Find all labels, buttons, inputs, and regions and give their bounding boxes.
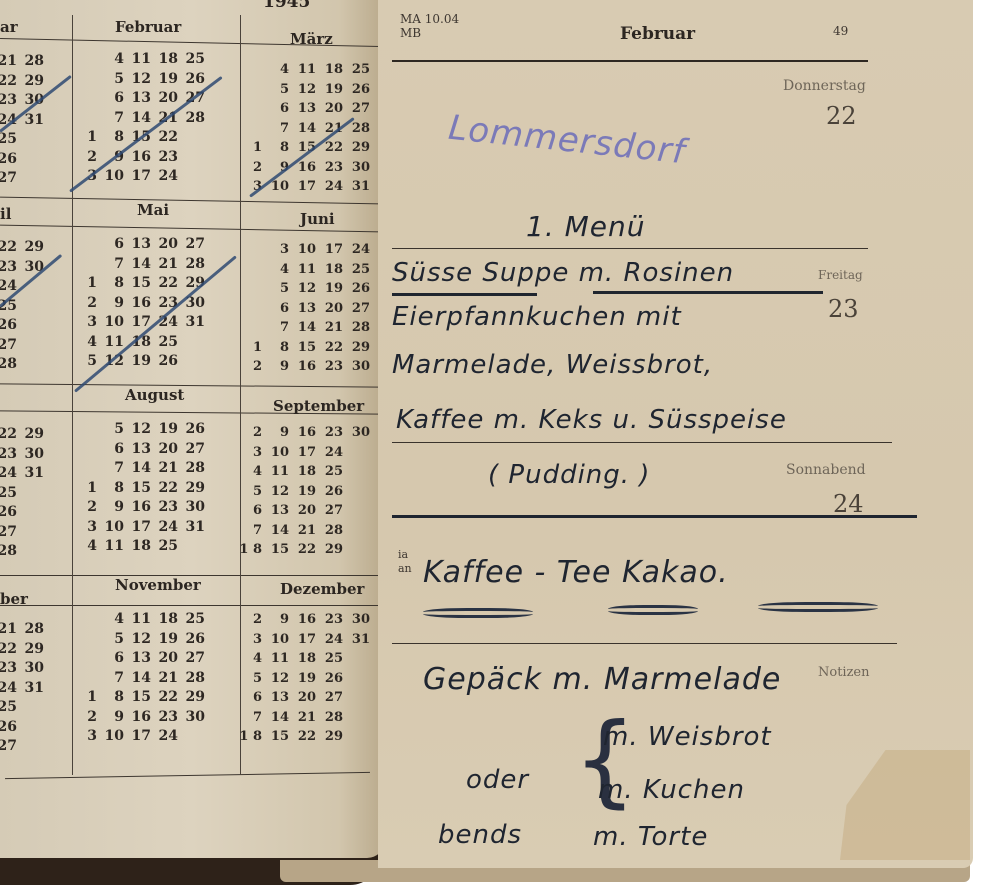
- calendar-day: 30: [178, 498, 205, 518]
- calendar-day: 22: [151, 274, 178, 294]
- calendar-day: 6: [262, 99, 289, 119]
- day-number-22: 22: [826, 102, 857, 130]
- calendar-day: [178, 148, 205, 168]
- calendar-day: 23: [151, 498, 178, 518]
- calendar-day: 18: [316, 260, 343, 280]
- calendar-day: 16: [289, 610, 316, 630]
- calendar-day: 7: [262, 318, 289, 338]
- calendar-week-row: 18152229: [70, 479, 205, 499]
- calendar-day: 13: [124, 649, 151, 669]
- calendar-day: 19: [289, 482, 316, 502]
- underline: [593, 291, 823, 294]
- calendar-week-row: 29162330: [235, 610, 370, 630]
- calendar-day: 10: [97, 313, 124, 333]
- calendar-day: 4: [262, 260, 289, 280]
- calendar-day: 16: [124, 708, 151, 728]
- calendar-day: 14: [124, 459, 151, 479]
- calendar-day: [17, 718, 44, 738]
- calendar-day: 3: [70, 727, 97, 747]
- calendar-day: 13: [289, 299, 316, 319]
- calendar-day: 26: [178, 630, 205, 650]
- calendar-day: 28: [17, 52, 44, 72]
- calendar-week-row: 6132027: [235, 99, 370, 119]
- calendar-day: 5: [97, 630, 124, 650]
- calendar-day: [178, 167, 205, 187]
- calendar-day: 29: [17, 72, 44, 92]
- calendar-day: [17, 523, 44, 543]
- calendar-day: [70, 630, 97, 650]
- calendar-day: 31: [178, 313, 205, 333]
- calendar-day: 2: [235, 423, 262, 443]
- calendar-day: 7: [262, 119, 289, 139]
- calendar-day: 29: [316, 727, 343, 747]
- calendar-week-row: 4111825: [235, 60, 370, 80]
- calendar-day: 13: [124, 89, 151, 109]
- calendar-day: 1: [70, 128, 97, 148]
- calendar-day: 16: [289, 357, 316, 377]
- calendar-day: 28: [178, 109, 205, 129]
- calendar-day: 17: [124, 167, 151, 187]
- calendar-week-row: 5121926: [235, 669, 370, 689]
- calendar-day: 25: [343, 260, 370, 280]
- calendar-day: 24: [0, 464, 17, 484]
- calendar-day: 12: [289, 279, 316, 299]
- calendar-day: [17, 503, 44, 523]
- calendar-day: 24: [151, 518, 178, 538]
- calendar-day: 30: [17, 659, 44, 679]
- calendar-week-row: 7142128: [70, 669, 205, 689]
- calendar-day: [343, 482, 370, 502]
- calendar-day: [343, 727, 370, 747]
- calendar-day: 9: [262, 357, 289, 377]
- header-rule: [392, 60, 868, 62]
- calendar-day: 6: [97, 649, 124, 669]
- calendar-day: 19: [151, 70, 178, 90]
- calendar-day: [343, 708, 370, 728]
- calendar-day: [70, 70, 97, 90]
- calendar-week-row: 27: [0, 336, 44, 356]
- calendar-day: 16: [289, 423, 316, 443]
- calendar-day: 21: [289, 521, 316, 541]
- calendar-day: 1: [235, 338, 262, 358]
- calendar-day: [70, 610, 97, 630]
- partial-month-label: il: [0, 205, 11, 223]
- calendar-day: 4: [70, 537, 97, 557]
- calendar-day: 2: [235, 357, 262, 377]
- calendar-day: 15: [262, 727, 289, 747]
- calendar-day: [343, 540, 370, 560]
- calendar-week-row: 27: [0, 169, 44, 189]
- calendar-day: 31: [343, 630, 370, 650]
- calendar-day: 20: [316, 299, 343, 319]
- calendar-day: 5: [235, 482, 262, 502]
- calendar-day: [70, 109, 97, 129]
- calendar-week-row: 4111825: [235, 260, 370, 280]
- calendar-day: [235, 99, 262, 119]
- calendar-day: 19: [316, 279, 343, 299]
- calendar-day: 5: [235, 669, 262, 689]
- calendar-day: 9: [97, 498, 124, 518]
- calendar-day: [70, 255, 97, 275]
- handwritten-oder: oder: [466, 765, 529, 795]
- day-number-24: 24: [833, 490, 864, 518]
- calendar-day: 2: [70, 498, 97, 518]
- calendar-week-row: 18152229: [70, 688, 205, 708]
- wavy-underline: [423, 608, 533, 618]
- calendar-day: 4: [235, 649, 262, 669]
- calendar-day: 10: [262, 630, 289, 650]
- calendar-day: 23: [0, 445, 17, 465]
- calendar-day: 3: [70, 167, 97, 187]
- calendar-day: 27: [178, 235, 205, 255]
- calendar-week-row: 7142128: [70, 459, 205, 479]
- calendar-day: 20: [151, 440, 178, 460]
- calendar-day: [235, 299, 262, 319]
- calendar-day: 26: [316, 669, 343, 689]
- calendar-day: 28: [178, 669, 205, 689]
- calendar-day: [17, 336, 44, 356]
- calendar-week-row: 25: [0, 130, 44, 150]
- calendar-day: 7: [235, 521, 262, 541]
- calendar-week-row: 5121926: [235, 482, 370, 502]
- calendar-day: [70, 89, 97, 109]
- calendar-day: 31: [178, 518, 205, 538]
- calendar-day: 15: [124, 688, 151, 708]
- calendar-week-row: 2330: [0, 659, 44, 679]
- calendar-day: [17, 150, 44, 170]
- calendar-year: 1945: [263, 0, 310, 12]
- calendar-day: 6: [97, 235, 124, 255]
- calendar-week-row: 3101724: [70, 727, 205, 747]
- calendar-day: 30: [343, 423, 370, 443]
- wavy-underline: [608, 605, 698, 615]
- calendar-week-row: 5121926: [235, 80, 370, 100]
- calendar-day: [70, 649, 97, 669]
- handwritten-line: Gepäck m. Marmelade: [423, 662, 781, 697]
- calendar-day: 20: [289, 501, 316, 521]
- calendar-day: 27: [0, 169, 17, 189]
- calendar-day: 15: [124, 274, 151, 294]
- calendar-day: 24: [343, 240, 370, 260]
- calendar-day: 29: [17, 640, 44, 660]
- calendar-day: 29: [17, 425, 44, 445]
- grid-line: [0, 197, 380, 205]
- calendar-week-row: 3101724: [235, 443, 370, 463]
- calendar-day: 23: [151, 708, 178, 728]
- calendar-day: 23: [0, 91, 17, 111]
- calendar-day: 25: [151, 333, 178, 353]
- calendar-day: 6: [97, 440, 124, 460]
- calendar-week-row: 2229: [0, 640, 44, 660]
- calendar-day: 22: [289, 540, 316, 560]
- calendar-day: 14: [124, 109, 151, 129]
- calendar-day: 23: [0, 258, 17, 278]
- calendar-day: 26: [0, 718, 17, 738]
- calendar-day: 21: [289, 708, 316, 728]
- calendar-day: 28: [178, 255, 205, 275]
- calendar-week-row: 29162330: [235, 158, 370, 178]
- calendar-day: 24: [316, 443, 343, 463]
- calendar-day: [178, 333, 205, 353]
- calendar-day: 26: [0, 150, 17, 170]
- calendar-day: 6: [235, 688, 262, 708]
- calendar-day: [235, 80, 262, 100]
- calendar-week-row: 4111825: [70, 610, 205, 630]
- calendar-day: 22: [0, 640, 17, 660]
- header-month: Februar: [620, 24, 695, 44]
- calendar-day: 14: [124, 669, 151, 689]
- calendar-week-row: 7142128: [70, 109, 205, 129]
- calendar-day: 25: [178, 610, 205, 630]
- calendar-day: 9: [262, 423, 289, 443]
- calendar-day: 28: [316, 521, 343, 541]
- calendar-day: 27: [0, 523, 17, 543]
- calendar-day: 27: [0, 737, 17, 757]
- calendar-day: [235, 318, 262, 338]
- calendar-week-row: 6132027: [70, 440, 205, 460]
- calendar-week-row: 25: [0, 698, 44, 718]
- calendar-day: 29: [17, 238, 44, 258]
- calendar-day: 26: [0, 503, 17, 523]
- calendar-day: 5: [262, 279, 289, 299]
- calendar-day: 12: [262, 482, 289, 502]
- calendar-week-row: 18152229: [70, 274, 205, 294]
- calendar-day: 1: [70, 688, 97, 708]
- calendar-day: 22: [0, 238, 17, 258]
- calendar-day: 24: [0, 679, 17, 699]
- calendar-day: 14: [289, 318, 316, 338]
- calendar-day: 4: [70, 333, 97, 353]
- calendar-day: 23: [316, 610, 343, 630]
- handwritten-line: Marmelade, Weissbrot,: [392, 350, 713, 380]
- calendar-day: 12: [124, 70, 151, 90]
- calendar-day: 18: [124, 537, 151, 557]
- calendar-day: 20: [151, 235, 178, 255]
- calendar-week-row: 6132027: [70, 649, 205, 669]
- calendar-day: [17, 484, 44, 504]
- calendar-day: 23: [0, 659, 17, 679]
- calendar-week-row: 5121926: [70, 420, 205, 440]
- wavy-underline: [758, 602, 878, 612]
- calendar-day: 20: [151, 89, 178, 109]
- calendar-day: 13: [124, 440, 151, 460]
- calendar-day: 25: [0, 484, 17, 504]
- calendar-day: 16: [289, 158, 316, 178]
- calendar-day: 18: [289, 462, 316, 482]
- calendar-day: 15: [289, 338, 316, 358]
- calendar-day: 27: [316, 501, 343, 521]
- calendar-week-row: 29162330: [70, 498, 205, 518]
- calendar-day: 6: [97, 89, 124, 109]
- calendar-day: 28: [0, 355, 17, 375]
- calendar-day: 26: [151, 352, 178, 372]
- calendar-day: 18: [151, 50, 178, 70]
- calendar-week-row: 26: [0, 150, 44, 170]
- calendar-day: 11: [262, 649, 289, 669]
- header-code: MA 10.04 MB: [400, 12, 459, 40]
- calendar-day: 30: [343, 357, 370, 377]
- calendar-day: 25: [178, 50, 205, 70]
- page-number: 49: [833, 24, 848, 38]
- calendar-day: 10: [97, 518, 124, 538]
- handwritten-line: ( Pudding. ): [488, 460, 650, 490]
- calendar-day: [343, 443, 370, 463]
- calendar-week-row: 5121926: [70, 352, 205, 372]
- calendar-day: 29: [178, 479, 205, 499]
- calendar-day: 21: [151, 669, 178, 689]
- calendar-week-row: 7142128: [235, 708, 370, 728]
- grid-line: [0, 605, 380, 606]
- calendar-week-row: 310172431: [235, 630, 370, 650]
- calendar-day: 8: [97, 274, 124, 294]
- calendar-day: 17: [289, 443, 316, 463]
- calendar-day: [70, 459, 97, 479]
- calendar-day: [235, 119, 262, 139]
- calendar-day: 4: [262, 60, 289, 80]
- handwritten-place-name: Lommersdorf: [447, 108, 688, 173]
- calendar-week-row: 2229: [0, 72, 44, 92]
- calendar-day: 22: [0, 425, 17, 445]
- calendar-day: 23: [316, 357, 343, 377]
- handwritten-menu-title: 1. Menü: [526, 210, 646, 243]
- calendar-day: 11: [289, 60, 316, 80]
- calendar-day: 27: [316, 688, 343, 708]
- calendar-day: 25: [0, 130, 17, 150]
- calendar-day: [235, 240, 262, 260]
- calendar-day: 27: [343, 299, 370, 319]
- calendar-day: 18: [289, 649, 316, 669]
- calendar-week-row: 4111825: [235, 462, 370, 482]
- calendar-day: 10: [262, 443, 289, 463]
- calendar-day: 8: [262, 138, 289, 158]
- calendar-day: 3: [235, 630, 262, 650]
- calendar-day: 14: [262, 521, 289, 541]
- calendar-day: 22: [316, 338, 343, 358]
- calendar-day: 22: [151, 128, 178, 148]
- notes-label: Notizen: [818, 665, 870, 680]
- calendar-week-row: 4111825: [70, 50, 205, 70]
- calendar-day: 7: [97, 255, 124, 275]
- calendar-week-row: 2229: [0, 425, 44, 445]
- calendar-week-row: 2229: [0, 238, 44, 258]
- calendar-day: 5: [262, 80, 289, 100]
- calendar-day: 1: [235, 138, 262, 158]
- calendar-day: 16: [124, 294, 151, 314]
- calendar-day: [178, 537, 205, 557]
- calendar-day: 5: [70, 352, 97, 372]
- calendar-day: 24: [151, 727, 178, 747]
- calendar-day: 26: [343, 279, 370, 299]
- calendar-week-row: 310172431: [70, 313, 205, 333]
- underline: [392, 293, 537, 296]
- calendar-day: 22: [151, 688, 178, 708]
- calendar-day: 25: [151, 537, 178, 557]
- calendar-day: [70, 235, 97, 255]
- calendar-day: 11: [262, 462, 289, 482]
- calendar-week-row: 7142128: [235, 521, 370, 541]
- calendar-week-row: 5121926: [235, 279, 370, 299]
- calendar-day: 6: [235, 501, 262, 521]
- calendar-week-row: 5121926: [70, 70, 205, 90]
- calendar-week-row: 25: [0, 484, 44, 504]
- calendar-week-row: 26: [0, 718, 44, 738]
- calendar-week-row: 2128: [0, 620, 44, 640]
- calendar-day: 17: [316, 240, 343, 260]
- calendar-week-row: 29162330: [235, 423, 370, 443]
- calendar-day: 21: [0, 620, 17, 640]
- calendar-day: 9: [97, 708, 124, 728]
- brace-item: m. Kuchen: [598, 775, 745, 805]
- calendar-day: 14: [124, 255, 151, 275]
- calendar-day: 13: [289, 99, 316, 119]
- handwritten-line: Kaffee m. Keks u. Süsspeise: [396, 405, 787, 435]
- handwritten-fragment: bends: [438, 820, 522, 850]
- calendar-day: [343, 669, 370, 689]
- calendar-day: 3: [70, 518, 97, 538]
- day-number-23: 23: [828, 295, 859, 323]
- calendar-day: 3: [235, 177, 262, 197]
- calendar-day: 8: [262, 338, 289, 358]
- handwritten-line: Süsse Suppe m. Rosinen: [392, 258, 734, 288]
- calendar-day: 27: [0, 336, 17, 356]
- day-name-friday: Freitag: [818, 268, 863, 282]
- calendar-day: 16: [124, 148, 151, 168]
- day-name-thursday: Donnerstag: [783, 78, 866, 94]
- calendar-page: 1945 ar il ber 2128222923302431252627 22…: [0, 0, 385, 858]
- day-name-saturday: Sonnabend: [786, 462, 866, 478]
- calendar-day: 30: [343, 158, 370, 178]
- brace-item: m. Torte: [593, 822, 708, 852]
- calendar-day: 29: [316, 540, 343, 560]
- brace-item: m. Weisbrot: [603, 722, 772, 752]
- calendar-day: 26: [316, 482, 343, 502]
- calendar-day: 2: [70, 148, 97, 168]
- calendar-week-row: 6132027: [235, 299, 370, 319]
- handwritten-line: Eierpfannkuchen mit: [392, 302, 682, 332]
- calendar-week-row: 29162330: [235, 357, 370, 377]
- calendar-week-row: 26: [0, 316, 44, 336]
- calendar-day: 26: [178, 70, 205, 90]
- calendar-day: 26: [0, 316, 17, 336]
- calendar-day: 25: [343, 60, 370, 80]
- calendar-day: 1: [70, 479, 97, 499]
- calendar-week-row: 18152229: [235, 338, 370, 358]
- calendar-day: 20: [151, 649, 178, 669]
- calendar-week-row: 7142128: [70, 255, 205, 275]
- calendar-day: 21: [151, 255, 178, 275]
- calendar-day: 8: [97, 688, 124, 708]
- calendar-day: 19: [151, 420, 178, 440]
- calendar-day: 28: [17, 620, 44, 640]
- calendar-day: 24: [316, 630, 343, 650]
- calendar-week-row: 7142128: [235, 318, 370, 338]
- calendar-day: 8: [97, 479, 124, 499]
- calendar-day: 20: [316, 99, 343, 119]
- calendar-week-row: 3101724: [235, 240, 370, 260]
- calendar-day: 31: [17, 679, 44, 699]
- calendar-day: 6: [262, 299, 289, 319]
- calendar-week-row: 28: [0, 355, 44, 375]
- calendar-day: 2: [70, 708, 97, 728]
- calendar-day: 4: [97, 610, 124, 630]
- calendar-day: 1 8: [235, 727, 262, 747]
- calendar-day: 12: [289, 80, 316, 100]
- calendar-day: 28: [0, 542, 17, 562]
- calendar-day: 29: [343, 338, 370, 358]
- calendar-day: 20: [289, 688, 316, 708]
- calendar-day: 8: [97, 128, 124, 148]
- day-rule: [392, 248, 868, 249]
